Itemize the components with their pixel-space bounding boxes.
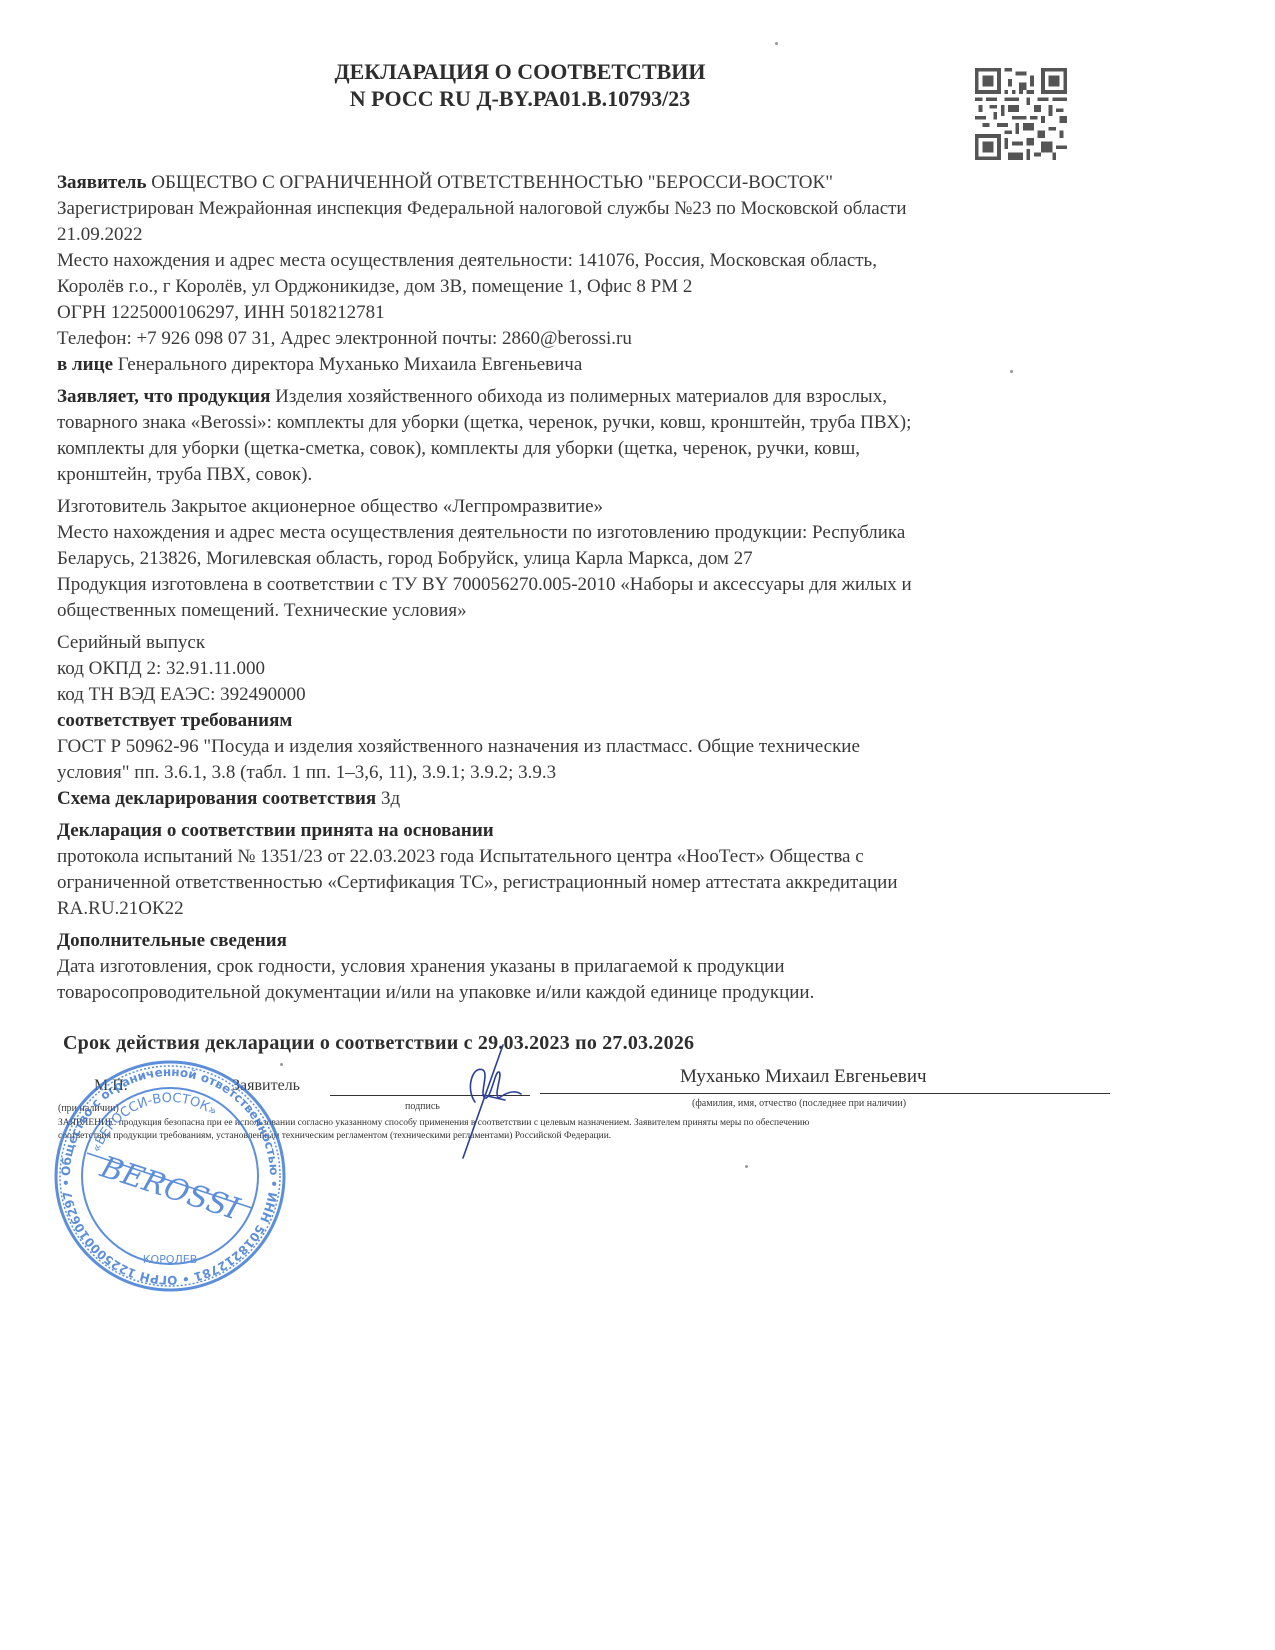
additional-line-1: Дата изготовления, срок годности, услови… [57,954,1087,980]
release-type: Серийный выпуск [57,630,1087,656]
applicant-address-1: Место нахождения и адрес места осуществл… [57,248,1087,274]
qr-code-icon [975,68,1067,160]
product-line-3: комплекты для уборки (щетка-сметка, сово… [57,436,1087,462]
manufacturer-line: Изготовитель Закрытое акционерное общест… [57,494,1087,520]
okpd-code: код ОКПД 2: 32.91.11.000 [57,656,1087,682]
scheme-value: 3д [376,788,400,809]
requirements-line-1: ГОСТ Р 50962-96 "Посуда и изделия хозяйс… [57,734,1087,760]
additional-label: Дополнительные сведения [57,928,1087,954]
scan-speck [745,1165,748,1168]
manufacturing-standard-2: общественных помещений. Технические усло… [57,598,1087,624]
tnved-code: код ТН ВЭД ЕАЭС: 392490000 [57,682,1087,708]
declaration-number: N РОСС RU Д-BY.РА01.В.10793/23 [240,85,800,112]
applicant-line: Заявитель ОБЩЕСТВО С ОГРАНИЧЕННОЙ ОТВЕТС… [57,170,1087,196]
scheme-line: Схема декларирования соответствия 3д [57,786,1087,812]
scan-speck [280,1063,283,1066]
product-line-1: Заявляет, что продукция Изделия хозяйств… [57,384,1087,410]
accreditation-number: RA.RU.21ОК22 [57,896,1087,922]
representative-line: в лице Генерального директора Муханько М… [57,352,1087,378]
product-label: Заявляет, что продукция [57,386,270,407]
registration-line: Зарегистрирован Межрайонная инспекция Фе… [57,196,1087,222]
title-line-1: ДЕКЛАРАЦИЯ О СООТВЕТСТВИИ [240,58,800,85]
validity-period: Срок действия декларации о соответствии … [63,1032,694,1055]
requirements-label: соответствует требованиям [57,708,1087,734]
manufacturing-standard-1: Продукция изготовлена в соответствии с Т… [57,572,1087,598]
declaration-body: Заявитель ОБЩЕСТВО С ОГРАНИЧЕННОЙ ОТВЕТС… [57,170,1087,1006]
product-line-2: товарного знака «Berossi»: комплекты для… [57,410,1087,436]
requirements-line-2: условия" пп. 3.6.1, 3.8 (табл. 1 пп. 1–3… [57,760,1087,786]
applicant-name: ОБЩЕСТВО С ОГРАНИЧЕННОЙ ОТВЕТСТВЕННОСТЬЮ… [147,172,833,193]
scan-speck [1010,370,1013,373]
scheme-label: Схема декларирования соответствия [57,788,376,809]
svg-text:КОРОЛЕВ: КОРОЛЕВ [143,1253,198,1266]
additional-line-2: товаросопроводительной документации и/ил… [57,980,1087,1006]
signature-caption: подпись [405,1101,440,1112]
basis-label: Декларация о соответствии принята на осн… [57,818,1087,844]
signer-name: Муханько Михаил Евгеньевич [680,1066,927,1088]
name-caption: (фамилия, имя, отчество (последнее при н… [692,1098,906,1109]
manufacturer-address-1: Место нахождения и адрес места осуществл… [57,520,1087,546]
company-stamp-icon: Общество с ограниченной ответственностью… [52,1058,288,1294]
name-line [540,1093,1110,1094]
registration-date: 21.09.2022 [57,222,1087,248]
svg-text:BEROSSI: BEROSSI [95,1149,244,1227]
applicant-contacts: Телефон: +7 926 098 07 31, Адрес электро… [57,326,1087,352]
representative-label: в лице [57,354,113,375]
basis-line-1: протокола испытаний № 1351/23 от 22.03.2… [57,844,1087,870]
signature-mark-icon [455,1040,565,1160]
manufacturer-address-2: Беларусь, 213826, Могилевская область, г… [57,546,1087,572]
applicant-ids: ОГРН 1225000106297, ИНН 5018212781 [57,300,1087,326]
representative-name: Генерального директора Муханько Михаила … [113,354,582,375]
applicant-label: Заявитель [57,172,147,193]
document-title: ДЕКЛАРАЦИЯ О СООТВЕТСТВИИ N РОСС RU Д-BY… [240,58,800,112]
declaration-page: ДЕКЛАРАЦИЯ О СООТВЕТСТВИИ N РОСС RU Д-BY… [0,0,1275,1650]
basis-line-2: ограниченной ответственностью «Сертифика… [57,870,1087,896]
scan-speck [775,42,778,45]
product-line-4: кронштейн, труба ПВХ, совок). [57,462,1087,488]
applicant-address-2: Королёв г.о., г Королёв, ул Орджоникидзе… [57,274,1087,300]
